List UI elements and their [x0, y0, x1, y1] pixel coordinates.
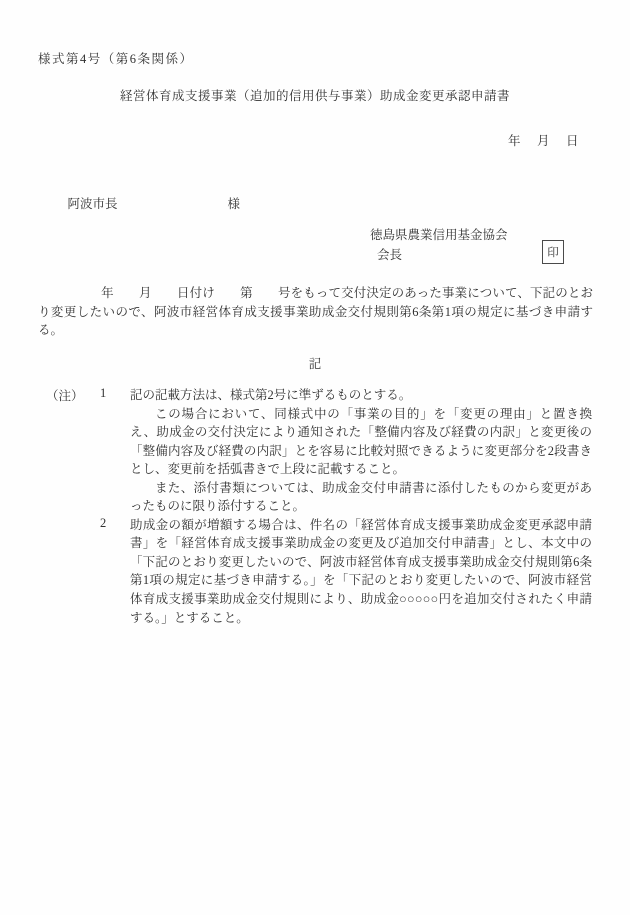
addressee-line: 阿波市長様	[55, 179, 240, 227]
addressee-name: 阿波市長	[68, 197, 118, 211]
seal-box: 印	[542, 240, 564, 264]
note-2-number: 2	[100, 516, 106, 531]
note-item-2: 2 助成金の額が増額する場合は、件名の「経営体育成支援事業助成金変更承認申請書」…	[0, 516, 630, 627]
note-2-text: 助成金の額が増額する場合は、件名の「経営体育成支援事業助成金変更承認申請書」を「…	[130, 516, 592, 627]
addressee-honorific: 様	[228, 197, 241, 211]
addressee-name-blank	[118, 207, 228, 208]
body-paragraph: 年 月 日付け 第 号をもって交付決定のあった事業について、下記のとおり変更した…	[38, 284, 593, 340]
note-item-1: 1 記の記載方法は、様式第2号に準ずるものとする。 この場合において、同様式中の…	[0, 386, 630, 516]
note-1-paragraph-3: また、添付書類については、助成金交付申請書に添付したものから変更があったものに限…	[130, 479, 592, 516]
seal-mark: 印	[547, 244, 559, 260]
note-1-paragraph-1: 記の記載方法は、様式第2号に準ずるものとする。	[130, 386, 592, 405]
note-1-text: 記の記載方法は、様式第2号に準ずるものとする。 この場合において、同様式中の「事…	[130, 386, 592, 516]
document-page: 様式第4号（第6条関係） 経営体育成支援事業（追加的信用供与事業）助成金変更承認…	[0, 0, 630, 915]
form-number: 様式第4号（第6条関係）	[38, 49, 194, 67]
notes-section: （注） 1 記の記載方法は、様式第2号に準ずるものとする。 この場合において、同…	[0, 386, 630, 627]
note-1-paragraph-2: この場合において、同様式中の「事業の目的」を「変更の理由」と置き換え、助成金の交…	[130, 405, 592, 479]
note-2-paragraph-1: 助成金の額が増額する場合は、件名の「経営体育成支援事業助成金変更承認申請書」を「…	[130, 516, 592, 627]
date-placeholder: 年 月 日	[508, 131, 581, 149]
record-heading: 記	[0, 354, 630, 372]
sender-title: 会長	[377, 245, 402, 263]
note-1-number: 1	[100, 386, 106, 401]
document-title: 経営体育成支援事業（追加的信用供与事業）助成金変更承認申請書	[0, 86, 630, 104]
sender-organization: 徳島県農業信用基金協会	[370, 225, 508, 243]
